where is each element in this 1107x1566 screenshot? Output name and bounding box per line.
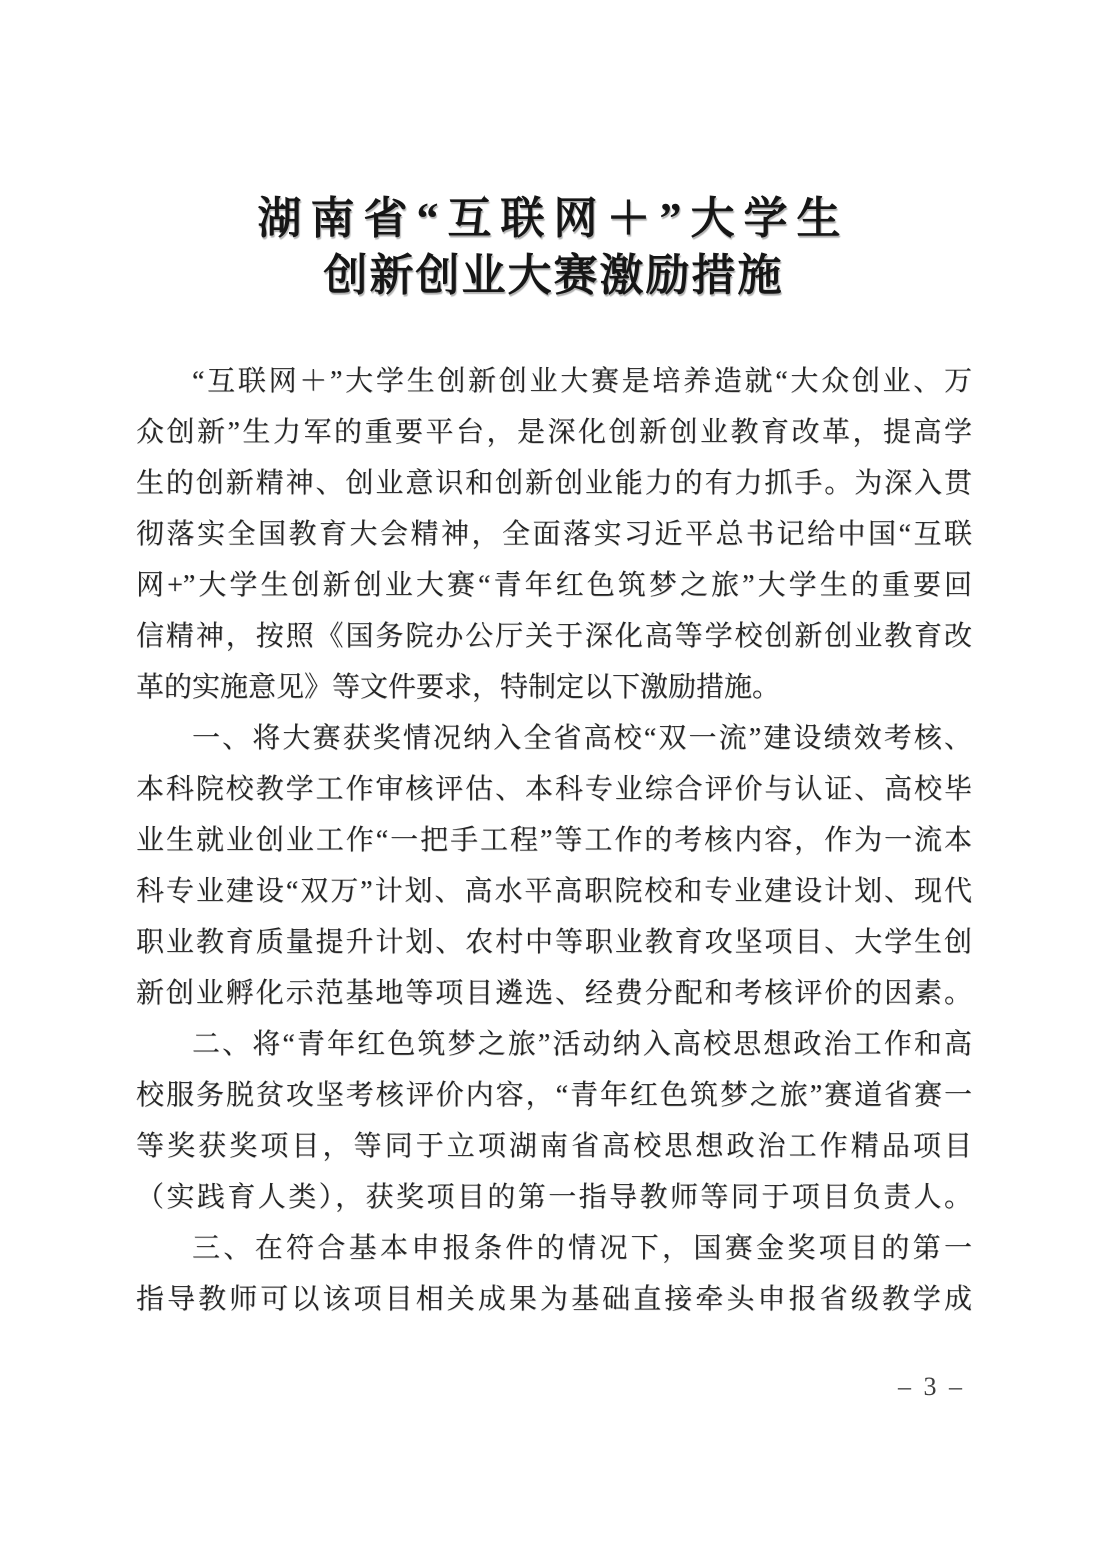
body-line: 生的创新精神、创业意识和创新创业能力的有力抓手。为深入贯 [136, 458, 972, 509]
document-title-line1: 湖南省“互联网＋”大学生 [0, 190, 1107, 247]
body-line: 革的实施意见》等文件要求，特制定以下激励措施。 [136, 662, 972, 713]
body-line: （实践育人类），获奖项目的第一指导教师等同于项目负责人。 [136, 1172, 972, 1223]
body-line: 二、将“青年红色筑梦之旅”活动纳入高校思想政治工作和高 [136, 1019, 972, 1070]
body-line: 本科院校教学工作审核评估、本科专业综合评价与认证、高校毕 [136, 764, 972, 815]
body-line: 众创新”生力军的重要平台，是深化创新创业教育改革，提高学 [136, 407, 972, 458]
body-line: 信精神，按照《国务院办公厅关于深化高等学校创新创业教育改 [136, 611, 972, 662]
document-title: 湖南省“互联网＋”大学生 创新创业大赛激励措施 [0, 190, 1107, 304]
body-line: “互联网＋”大学生创新创业大赛是培养造就“大众创业、万 [136, 356, 972, 407]
body-line: 业生就业创业工作“一把手工程”等工作的考核内容，作为一流本 [136, 815, 972, 866]
body-line: 一、将大赛获奖情况纳入全省高校“双一流”建设绩效考核、 [136, 713, 972, 764]
scanned-document-page: 湖南省“互联网＋”大学生 创新创业大赛激励措施 “互联网＋”大学生创新创业大赛是… [0, 0, 1107, 1566]
body-line: 等奖获奖项目，等同于立项湖南省高校思想政治工作精品项目 [136, 1121, 972, 1172]
body-line: 科专业建设“双万”计划、高水平高职院校和专业建设计划、现代 [136, 866, 972, 917]
body-line: 新创业孵化示范基地等项目遴选、经费分配和考核评价的因素。 [136, 968, 972, 1019]
document-body: “互联网＋”大学生创新创业大赛是培养造就“大众创业、万 众创新”生力军的重要平台… [136, 356, 972, 1325]
body-line: 职业教育质量提升计划、农村中等职业教育攻坚项目、大学生创 [136, 917, 972, 968]
body-line: 三、在符合基本申报条件的情况下，国赛金奖项目的第一 [136, 1223, 972, 1274]
body-line: 指导教师可以该项目相关成果为基础直接牵头申报省级教学成 [136, 1274, 972, 1325]
document-title-line2: 创新创业大赛激励措施 [0, 247, 1107, 304]
body-line: 校服务脱贫攻坚考核评价内容，“青年红色筑梦之旅”赛道省赛一 [136, 1070, 972, 1121]
page-number: – 3 – [898, 1372, 965, 1402]
body-line: 网+”大学生创新创业大赛“青年红色筑梦之旅”大学生的重要回 [136, 560, 972, 611]
body-line: 彻落实全国教育大会精神，全面落实习近平总书记给中国“互联 [136, 509, 972, 560]
